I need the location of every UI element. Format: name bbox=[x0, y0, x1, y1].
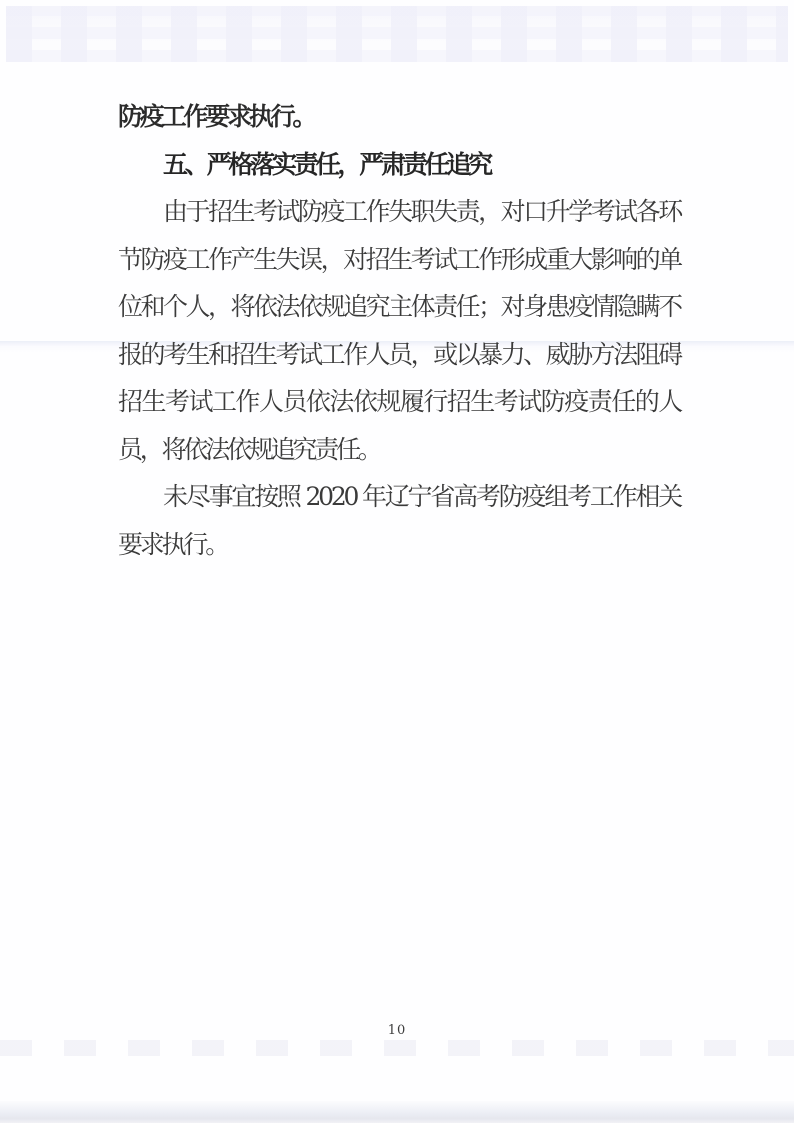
paragraph-body-1: 由于招生考试防疫工作失职失责，对口升学考试各环节防疫工作产生失误，对招生考试工作… bbox=[118, 188, 680, 473]
scan-artifact-bottom-edge bbox=[0, 1101, 794, 1123]
scan-artifact-top bbox=[6, 6, 788, 62]
document-page: 防疫工作要求执行。 五、严格落实责任，严肃责任追究 由于招生考试防疫工作失职失责… bbox=[0, 0, 794, 1123]
page-number: 10 bbox=[388, 1023, 407, 1038]
section-heading: 五、严格落实责任，严肃责任追究 bbox=[118, 141, 680, 189]
scan-artifact-footer-strip bbox=[0, 1040, 794, 1056]
document-content: 防疫工作要求执行。 五、严格落实责任，严肃责任追究 由于招生考试防疫工作失职失责… bbox=[118, 93, 680, 568]
page-footer: 10 bbox=[0, 1019, 794, 1038]
paragraph-continuation: 防疫工作要求执行。 bbox=[118, 93, 680, 141]
paragraph-body-2: 未尽事宜按照 2020 年辽宁省高考防疫组考工作相关要求执行。 bbox=[118, 473, 680, 568]
